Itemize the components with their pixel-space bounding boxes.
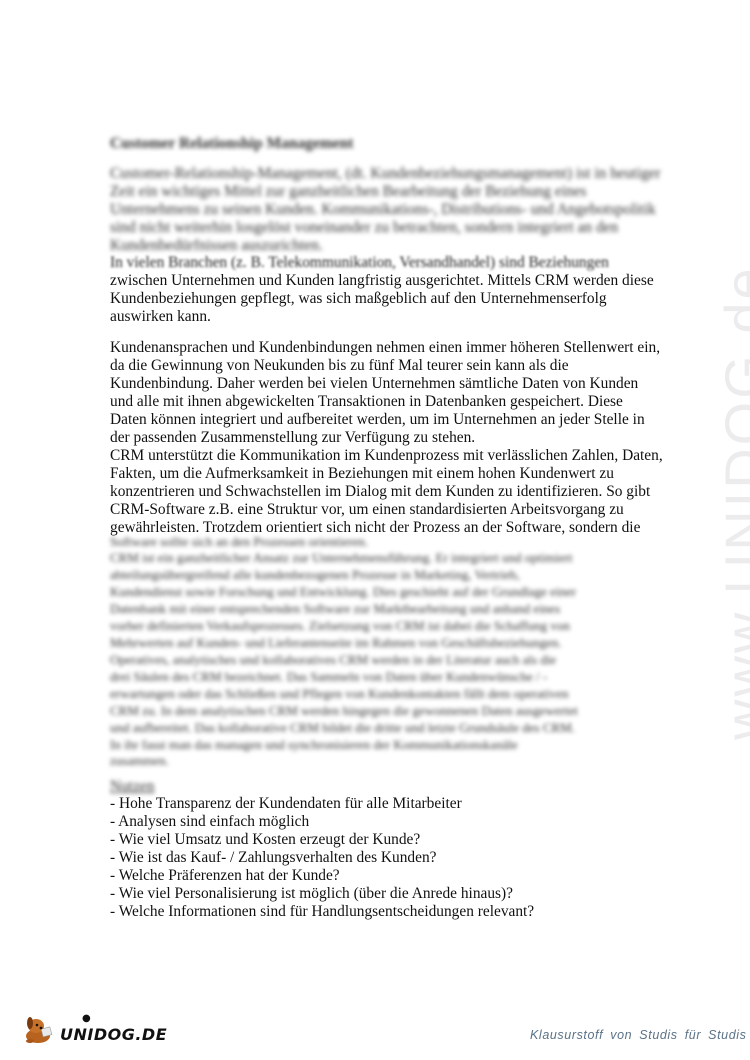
paragraph-line: In vielen Branchen (z. B. Telekommunikat…: [110, 254, 609, 272]
footer-slogan: Klausurstoff von Studis für Studis: [530, 1028, 747, 1042]
paragraph-line: erwartungen oder das Schließen und Pfleg…: [110, 685, 568, 703]
paragraph-line: zwischen Unternehmen und Kunden langfris…: [110, 272, 654, 290]
paragraph-line: sind nicht weiterhin losgelöst voneinand…: [110, 219, 618, 237]
paragraph-line: Kundendienst sowie Forschung und Entwick…: [110, 583, 576, 601]
paragraph-line: und alle mit ihnen abgewickelten Transak…: [110, 393, 623, 411]
paragraph-line: abteilungsübergreifend alle kundenbezoge…: [110, 566, 520, 584]
paragraph-line: CRM ist ein ganzheitlicher Ansatz zur Un…: [110, 549, 572, 567]
paragraph-line: konzentrieren und Schwachstellen im Dial…: [110, 483, 650, 501]
benefit-item: - Wie ist das Kauf- / Zahlungsverhalten …: [110, 849, 436, 867]
unidog-logo[interactable]: ● UNIDOG.DE: [22, 1014, 167, 1044]
paragraph-line: Mehrwerten auf Kunden- und Lieferantense…: [110, 634, 562, 652]
paragraph-line: Customer-Relationship-Management, (dt. K…: [110, 165, 661, 183]
paragraph-line: Zeit ein wichtiges Mittel zur ganzheitli…: [110, 183, 587, 201]
paragraph-line: und aufbereitet. Das kollaborative CRM b…: [110, 719, 575, 737]
paragraph-line: zusammen.: [110, 752, 169, 770]
paragraph-line: CRM zu. In dem analytischen CRM werden h…: [110, 702, 578, 720]
watermark: www.UNIDOG.de: [712, 265, 750, 740]
paragraph-line: Daten können integriert und aufbereitet …: [110, 411, 645, 429]
paragraph-line: der passenden Zusammenstellung zur Verfü…: [110, 429, 475, 447]
paragraph-line: Kundenansprachen und Kundenbindungen neh…: [110, 339, 660, 357]
paragraph-line: Operatives, analytisches und kollaborati…: [110, 651, 556, 669]
paragraph-line: Kundenbedürfnissen auszurichten.: [110, 237, 323, 255]
paragraph-line: drei Säulen des CRM bezeichnet. Das Samm…: [110, 668, 547, 686]
benefit-item: - Welche Präferenzen hat der Kunde?: [110, 867, 340, 885]
paragraph-line: vorher definierten Verkaufsprozesses. Zi…: [110, 617, 570, 635]
benefit-item: - Welche Informationen sind für Handlung…: [110, 903, 534, 921]
benefit-item: - Wie viel Personalisierung ist möglich …: [110, 885, 513, 903]
paragraph-line: da die Gewinnung von Neukunden bis zu fü…: [110, 357, 569, 375]
benefit-item: - Analysen sind einfach möglich: [110, 813, 309, 831]
paragraph-line: CRM-Software z.B. eine Struktur vor, um …: [110, 501, 624, 519]
paragraph-line: auswirken kann.: [110, 308, 211, 326]
paragraph-line: In ihr fasst man das managen und synchro…: [110, 736, 518, 754]
paragraph-line: Fakten, um die Aufmerksamkeit in Beziehu…: [110, 465, 614, 483]
paragraph-line: Kundenbindung. Daher werden bei vielen U…: [110, 375, 638, 393]
paragraph-line: CRM unterstützt die Kommunikation im Kun…: [110, 447, 663, 465]
benefit-item: - Hohe Transparenz der Kundendaten für a…: [110, 795, 462, 813]
logo-text: ● UNIDOG.DE: [60, 1025, 167, 1044]
document-title: Customer Relationship Management: [110, 135, 353, 153]
benefit-item: - Wie viel Umsatz und Kosten erzeugt der…: [110, 831, 420, 849]
dog-mascot-icon: [22, 1014, 56, 1044]
paragraph-line: Datenbank mit einer entsprechenden Softw…: [110, 600, 560, 618]
paragraph-line: Unternehmens zu seinen Kunden. Kommunika…: [110, 201, 656, 219]
benefits-heading: Nutzen: [110, 778, 154, 796]
paw-icon: ●: [82, 1013, 91, 1024]
paragraph-line: Kundenbeziehungen gepflegt, was sich maß…: [110, 290, 607, 308]
